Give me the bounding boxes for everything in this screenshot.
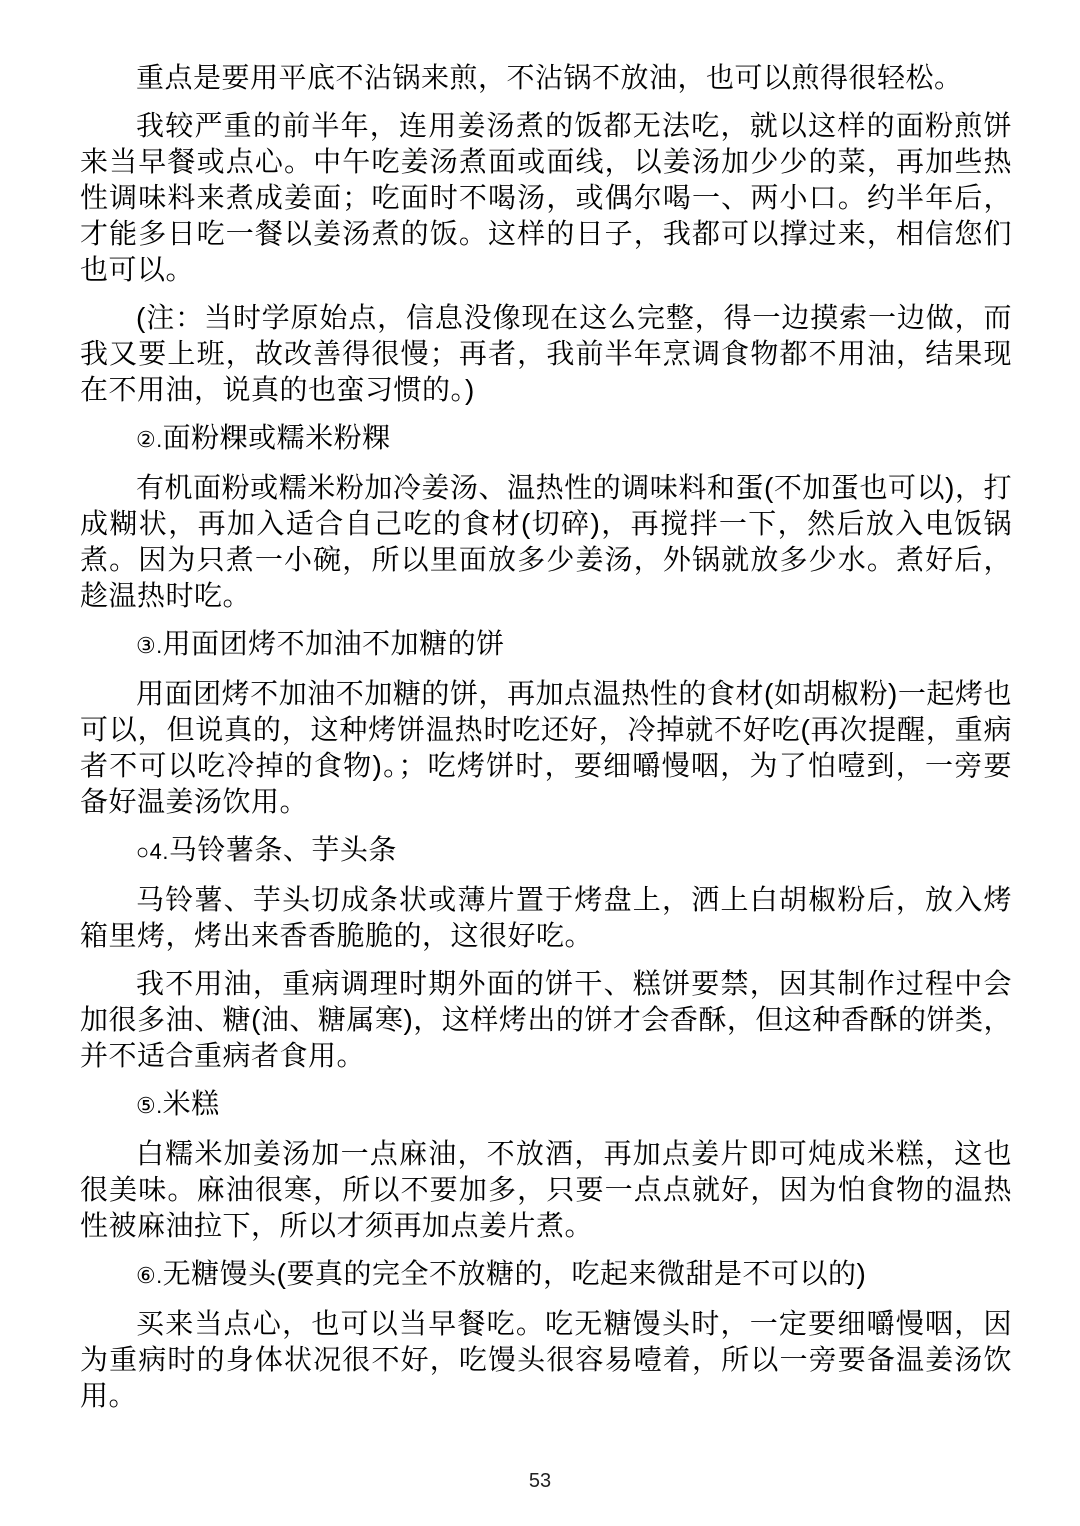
document-content: 重点是要用平底不沾锅来煎，不沾锅不放油，也可以煎得很轻松。 我较严重的前半年，连… (80, 60, 1012, 1426)
section-heading-sugar-free-mantou: ⑥.无糖馒头(要真的完全不放糖的，吃起来微甜是不可以的) (80, 1256, 1012, 1294)
section-heading-baked-bread: ③.用面团烤不加油不加糖的饼 (80, 626, 1012, 664)
section-number-2: ②. (136, 427, 163, 452)
section-title-flour-cake: 面粉粿或糯米粉粿 (163, 422, 391, 453)
section-title-rice-cake: 米糕 (163, 1088, 220, 1119)
page-footer: 53 (0, 1470, 1080, 1493)
section-title-baked-bread: 用面团烤不加油不加糖的饼 (163, 628, 505, 659)
section-heading-flour-cake: ②.面粉粿或糯米粉粿 (80, 420, 1012, 458)
section-heading-potato-taro: ○4.马铃薯条、芋头条 (80, 832, 1012, 870)
section-number-6: ⑥. (136, 1263, 163, 1288)
section-title-sugar-free-mantou: 无糖馒头(要真的完全不放糖的，吃起来微甜是不可以的) (163, 1258, 867, 1289)
paragraph-no-oil-warning: 我不用油，重病调理时期外面的饼干、糕饼要禁，因其制作过程中会加很多油、糖(油、糖… (80, 966, 1012, 1074)
paragraph-flour-cake-recipe: 有机面粉或糯米粉加冷姜汤、温热性的调味料和蛋(不加蛋也可以)，打成糊状，再加入适… (80, 470, 1012, 614)
section-heading-rice-cake: ⑤.米糕 (80, 1086, 1012, 1124)
section-number-5: ⑤. (136, 1093, 163, 1118)
document-page: 重点是要用平底不沾锅来煎，不沾锅不放油，也可以煎得很轻松。 我较严重的前半年，连… (0, 0, 1080, 1526)
paragraph-baked-bread-recipe: 用面团烤不加油不加糖的饼，再加点温热性的食材(如胡椒粉)一起烤也可以，但说真的，… (80, 676, 1012, 820)
paragraph-potato-taro-recipe: 马铃薯、芋头切成条状或薄片置于烤盘上，洒上白胡椒粉后，放入烤箱里烤，烤出来香香脆… (80, 882, 1012, 954)
paragraph-rice-cake-recipe: 白糯米加姜汤加一点麻油，不放酒，再加点姜片即可炖成米糕，这也很美味。麻油很寒，所… (80, 1136, 1012, 1244)
paragraph-early-recovery: 我较严重的前半年，连用姜汤煮的饭都无法吃，就以这样的面粉煎饼来当早餐或点心。中午… (80, 108, 1012, 288)
section-number-4: ○4. (136, 839, 169, 864)
page-number: 53 (529, 1470, 551, 1492)
paragraph-mantou-advice: 买来当点心，也可以当早餐吃。吃无糖馒头时，一定要细嚼慢咽，因为重病时的身体状况很… (80, 1306, 1012, 1414)
section-number-3: ③. (136, 633, 163, 658)
paragraph-note: (注：当时学原始点，信息没像现在这么完整，得一边摸索一边做，而我又要上班，故改善… (80, 300, 1012, 408)
section-title-potato-taro: 马铃薯条、芋头条 (169, 834, 397, 865)
paragraph-pan-frying: 重点是要用平底不沾锅来煎，不沾锅不放油，也可以煎得很轻松。 (80, 60, 1012, 96)
